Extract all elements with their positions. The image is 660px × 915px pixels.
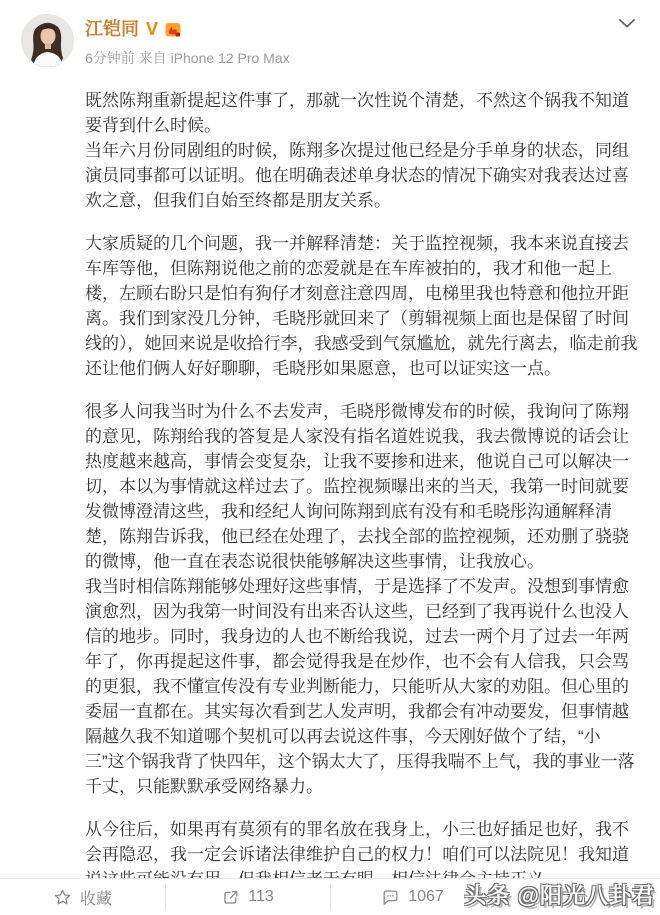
comment-button[interactable]: 1067 <box>330 879 495 915</box>
weibo-post-card: 江铠同 V 6分钟前 来自 iPhone 12 Pro Max 既然陈翔重新提起… <box>0 0 660 915</box>
post-paragraph: 当年六月份同剧组的时候，陈翔多次提过他已经是分手单身的状态，同组演员同事都可以证… <box>85 138 640 213</box>
share-icon <box>221 888 240 907</box>
like-button[interactable] <box>495 879 660 915</box>
avatar[interactable] <box>21 14 74 67</box>
favorite-button[interactable]: 收藏 <box>0 879 165 915</box>
forward-count: 113 <box>248 888 274 906</box>
header-main: 江铠同 V 6分钟前 来自 iPhone 12 Pro Max <box>85 19 290 68</box>
forward-button[interactable]: 113 <box>165 879 330 915</box>
favorite-label: 收藏 <box>80 886 112 909</box>
post-paragraph: 既然陈翔重新提起这件事了，那就一次性说个清楚，不然这个锅我不知道要背到什么时候。 <box>85 88 640 138</box>
comment-icon <box>381 888 400 907</box>
post-paragraph: 大家质疑的几个问题，我一并解释清楚：关于监控视频，我本来说直接去车库等他，但陈翔… <box>85 231 640 381</box>
post-header: 江铠同 V 6分钟前 来自 iPhone 12 Pro Max <box>0 0 660 76</box>
verified-v-icon: V <box>146 20 158 38</box>
membership-badge-icon <box>165 22 181 38</box>
post-paragraph: 我当时相信陈翔能够处理好这些事情，于是选择了不发声。没想到事情愈演愈烈，因为我第… <box>85 574 640 799</box>
avatar-image <box>21 14 74 67</box>
chevron-down-icon[interactable] <box>618 16 636 34</box>
username[interactable]: 江铠同 <box>85 19 139 39</box>
post-meta: 6分钟前 来自 iPhone 12 Pro Max <box>85 48 290 68</box>
post-paragraph: 很多人问我当时为什么不去发声，毛晓彤微博发布的时候，我询问了陈翔的意见，陈翔给我… <box>85 399 640 574</box>
star-icon <box>53 888 72 907</box>
post-body: 既然陈翔重新提起这件事了，那就一次性说个清楚，不然这个锅我不知道要背到什么时候。… <box>85 88 640 915</box>
comment-count: 1067 <box>408 888 444 906</box>
action-bar: 收藏 113 1067 <box>0 878 660 915</box>
